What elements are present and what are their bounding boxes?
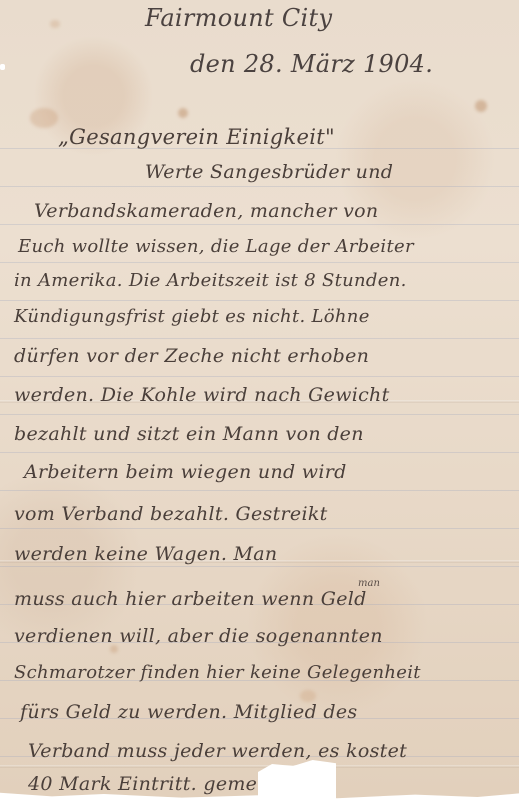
body-line: Euch wollte wissen, die Lage der Arbeite…	[18, 238, 414, 256]
paper-fold	[0, 765, 519, 768]
body-line: Kündigungsfrist giebt es nicht. Löhne	[14, 308, 370, 326]
stain	[475, 100, 487, 112]
stain	[50, 20, 60, 28]
ruled-line	[0, 452, 519, 453]
ruled-line	[0, 338, 519, 339]
stain	[178, 108, 188, 118]
letter-page: Fairmount City den 28. März 1904. „Gesan…	[0, 0, 519, 800]
torn-hole	[258, 760, 336, 800]
body-line: bezahlt und sitzt ein Mann von den	[14, 425, 364, 444]
ruled-line	[0, 490, 519, 491]
ruled-line	[0, 376, 519, 377]
ruled-line	[0, 262, 519, 263]
body-line: vom Verband bezahlt. Gestreikt	[14, 505, 328, 524]
ruled-line	[0, 224, 519, 225]
ruled-line	[0, 186, 519, 187]
ruled-line	[0, 528, 519, 529]
body-line: dürfen vor der Zeche nicht erhoben	[14, 347, 369, 366]
letter-title: „Gesangverein Einigkeit"	[58, 127, 335, 148]
edge-chip	[0, 64, 5, 70]
body-line: fürs Geld zu werden. Mitglied des	[20, 703, 357, 722]
body-line: Schmarotzer finden hier keine Gelegenhei…	[14, 664, 421, 682]
body-line: Verband muss jeder werden, es kostet	[28, 742, 407, 761]
letter-place: Fairmount City	[145, 6, 332, 30]
body-line: werden keine Wagen. Man	[14, 545, 277, 564]
stain	[30, 108, 58, 128]
body-line: Arbeitern beim wiegen und wird	[24, 463, 347, 482]
body-line: verdienen will, aber die sogenannten	[14, 627, 383, 646]
letter-salutation: Werte Sangesbrüder und	[145, 163, 393, 182]
body-line: muss auch hier arbeiten wenn Geld	[14, 590, 367, 609]
body-line: in Amerika. Die Arbeitszeit ist 8 Stunde…	[14, 272, 407, 290]
letter-date: den 28. März 1904.	[190, 52, 433, 76]
ruled-line	[0, 566, 519, 567]
ruled-line	[0, 414, 519, 415]
body-line: Verbandskameraden, mancher von	[34, 202, 378, 221]
body-line: werden. Die Kohle wird nach Gewicht	[14, 386, 390, 405]
ruled-line	[0, 300, 519, 301]
